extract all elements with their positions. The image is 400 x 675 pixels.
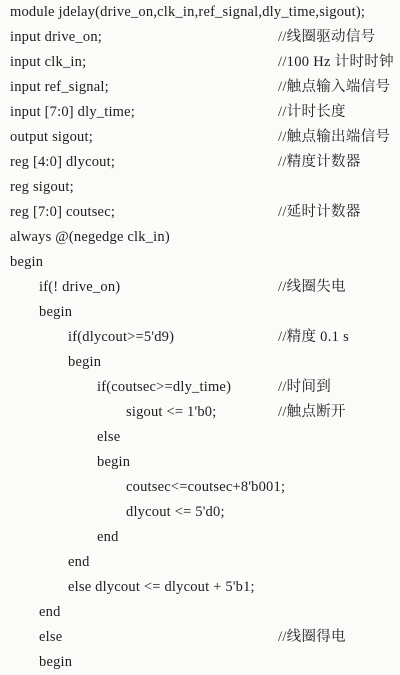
- code-text: input ref_signal;: [10, 75, 109, 100]
- code-line: if(coutsec>=dly_time)//时间到: [0, 375, 400, 400]
- code-text: input drive_on;: [10, 25, 102, 50]
- code-line: reg [7:0] coutsec;//延时计数器: [0, 200, 400, 225]
- code-line: begin: [0, 250, 400, 275]
- code-text: input clk_in;: [10, 50, 86, 75]
- comment-text: //线圈失电: [278, 275, 346, 300]
- comment-text: //时间到: [278, 375, 331, 400]
- code-line: output sigout;//触点输出端信号: [0, 125, 400, 150]
- code-line: if(! drive_on)//线圈失电: [0, 275, 400, 300]
- code-text: reg [4:0] dlycout;: [10, 150, 115, 175]
- code-line: input ref_signal;//触点输入端信号: [0, 75, 400, 100]
- comment-text: //触点输出端信号: [278, 125, 390, 150]
- code-text: if(! drive_on): [39, 275, 120, 300]
- code-text: end: [68, 550, 90, 575]
- code-line: reg [4:0] dlycout;//精度计数器: [0, 150, 400, 175]
- code-line: always @(negedge clk_in): [0, 225, 400, 250]
- code-text: else dlycout <= dlycout + 5'b1;: [68, 575, 255, 600]
- code-line: else dlycout <= dlycout + 5'b1;: [0, 575, 400, 600]
- code-line: coutsec<=coutsec+8'b001;: [0, 475, 400, 500]
- code-text: input [7:0] dly_time;: [10, 100, 135, 125]
- code-text: if(dlycout>=5'd9): [68, 325, 174, 350]
- code-text: module jdelay(drive_on,clk_in,ref_signal…: [10, 0, 365, 25]
- code-line: sigout <= 1'b0;//触点断开: [0, 400, 400, 425]
- code-text: coutsec<=coutsec+8'b001;: [126, 475, 285, 500]
- comment-text: //触点输入端信号: [278, 75, 390, 100]
- scanned-page: module jdelay(drive_on,clk_in,ref_signal…: [0, 0, 400, 675]
- code-line: begin: [0, 650, 400, 675]
- comment-text: //精度 0.1 s: [278, 325, 349, 350]
- code-text: begin: [68, 350, 101, 375]
- code-text: else: [97, 425, 120, 450]
- code-text: end: [39, 600, 61, 625]
- comment-text: //计时长度: [278, 100, 346, 125]
- code-text: reg [7:0] coutsec;: [10, 200, 115, 225]
- code-text: begin: [39, 300, 72, 325]
- code-line: end: [0, 550, 400, 575]
- code-text: dlycout <= 5'd0;: [126, 500, 225, 525]
- comment-text: //100 Hz 计时时钟: [278, 50, 394, 75]
- code-listing: module jdelay(drive_on,clk_in,ref_signal…: [0, 0, 400, 675]
- comment-text: //延时计数器: [278, 200, 361, 225]
- code-text: reg sigout;: [10, 175, 74, 200]
- comment-text: //线圈得电: [278, 625, 346, 650]
- code-text: begin: [10, 250, 43, 275]
- code-line: end: [0, 525, 400, 550]
- code-line: dlycout <= 5'd0;: [0, 500, 400, 525]
- code-line: input drive_on;//线圈驱动信号: [0, 25, 400, 50]
- code-line: if(dlycout>=5'd9)//精度 0.1 s: [0, 325, 400, 350]
- code-line: begin: [0, 350, 400, 375]
- comment-text: //精度计数器: [278, 150, 361, 175]
- code-line: reg sigout;: [0, 175, 400, 200]
- code-line: else//线圈得电: [0, 625, 400, 650]
- code-line: input [7:0] dly_time;//计时长度: [0, 100, 400, 125]
- code-line: input clk_in;//100 Hz 计时时钟: [0, 50, 400, 75]
- code-text: end: [97, 525, 119, 550]
- code-line: module jdelay(drive_on,clk_in,ref_signal…: [0, 0, 400, 25]
- code-text: sigout <= 1'b0;: [126, 400, 216, 425]
- code-line: begin: [0, 450, 400, 475]
- comment-text: //触点断开: [278, 400, 346, 425]
- code-text: if(coutsec>=dly_time): [97, 375, 231, 400]
- code-line: else: [0, 425, 400, 450]
- code-text: begin: [39, 650, 72, 675]
- code-text: begin: [97, 450, 130, 475]
- code-text: else: [39, 625, 62, 650]
- comment-text: //线圈驱动信号: [278, 25, 375, 50]
- code-line: begin: [0, 300, 400, 325]
- code-text: always @(negedge clk_in): [10, 225, 170, 250]
- code-text: output sigout;: [10, 125, 93, 150]
- code-line: end: [0, 600, 400, 625]
